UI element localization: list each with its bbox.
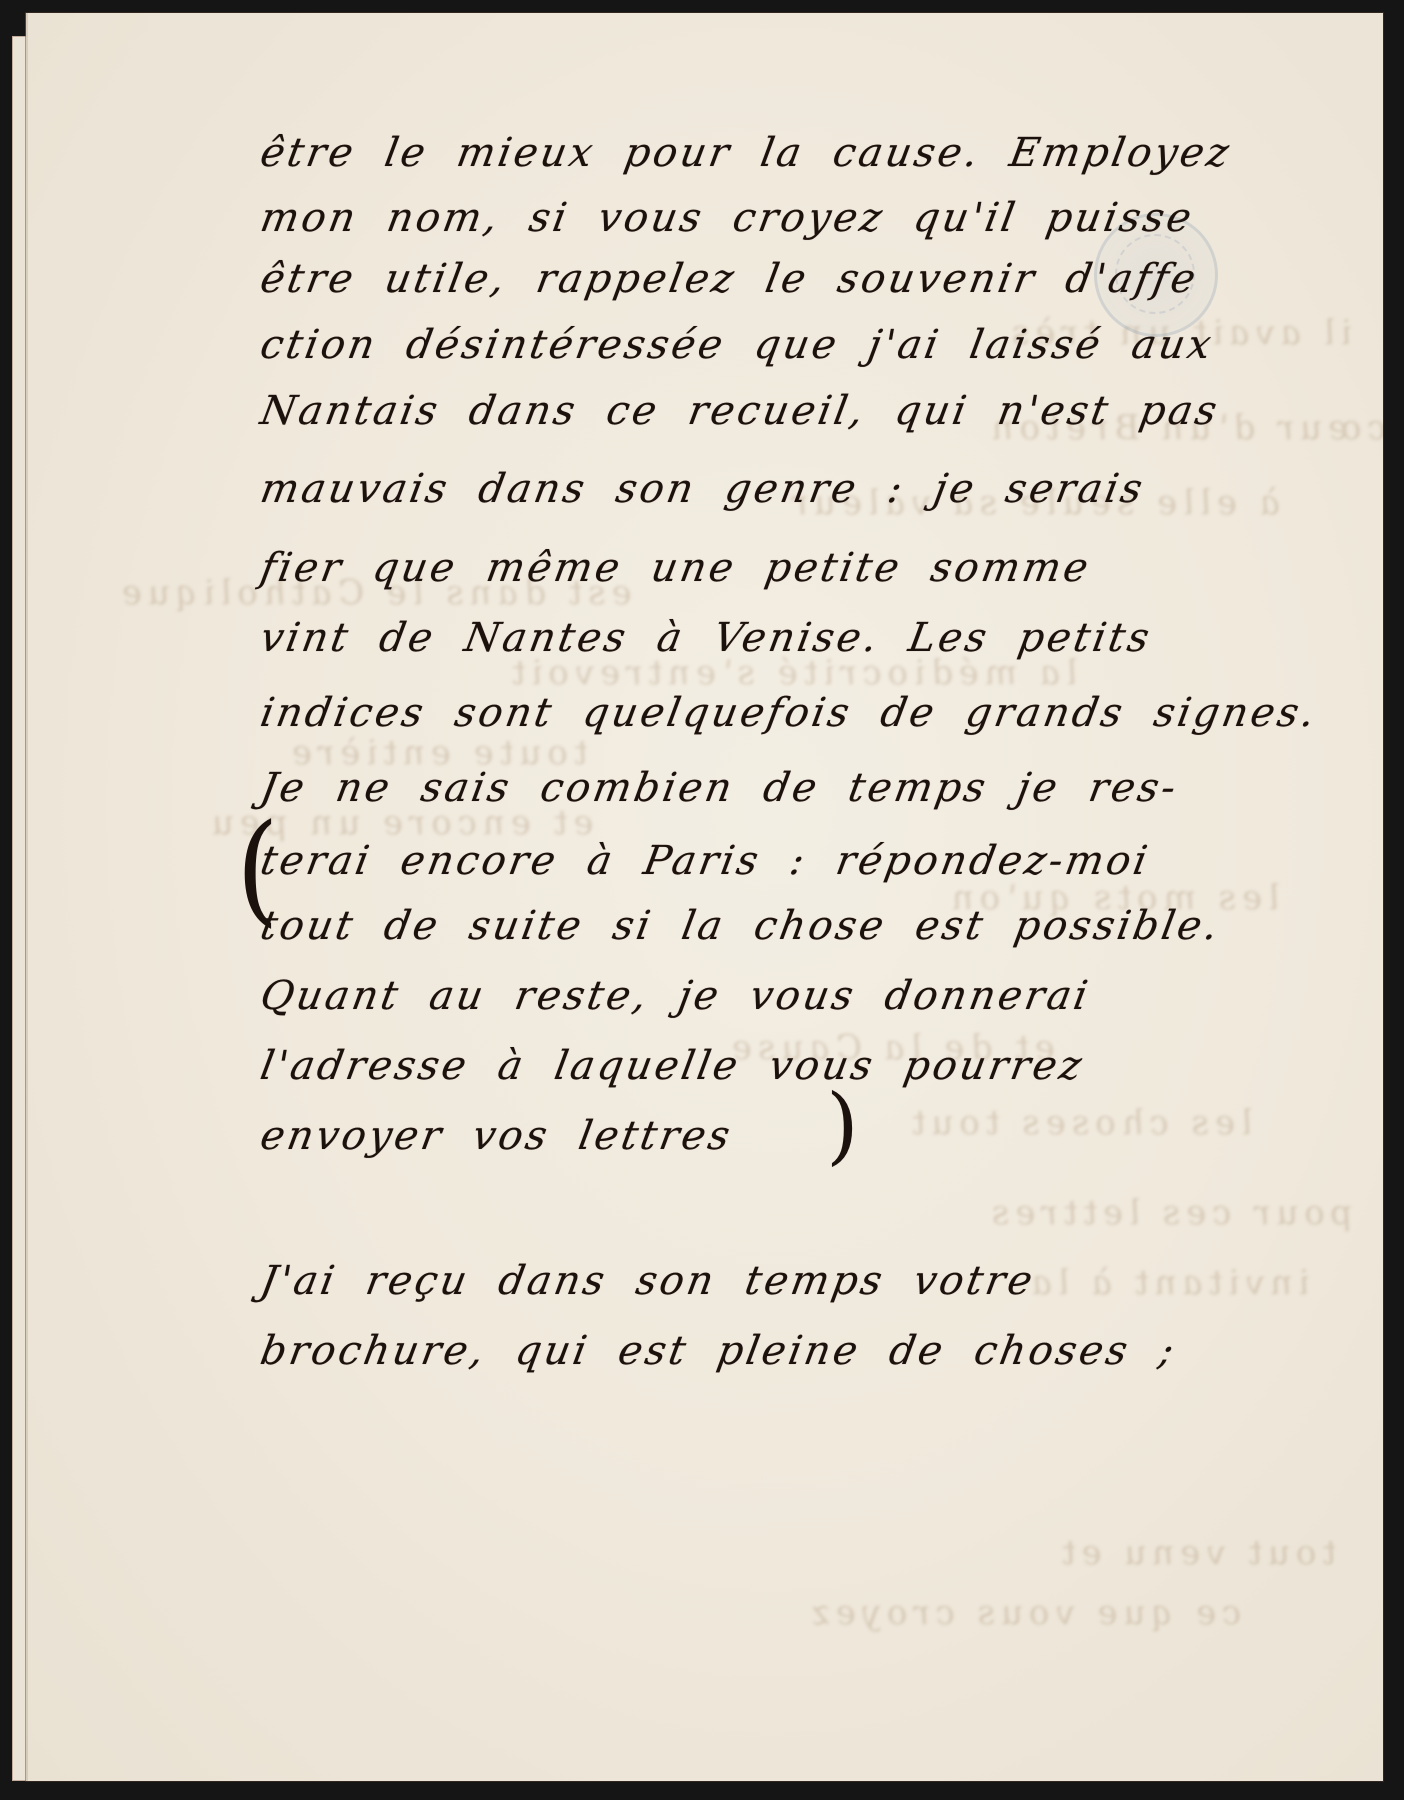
letter-line-15: envoyer vos lettres bbox=[257, 1116, 1374, 1156]
parenthesis-open: ( bbox=[236, 808, 279, 929]
letter-line-12: tout de suite si la chose est possible. bbox=[257, 906, 1374, 946]
letter-paper: il avait un très un cœur d'un Breton à e… bbox=[26, 13, 1383, 1781]
letter-line-10: Je ne sais combien de temps je res- bbox=[257, 768, 1374, 808]
letter-line-11: terai encore à Paris : répondez-moi bbox=[257, 841, 1374, 881]
letter-line-4: ction désintéressée que j'ai laissé aux bbox=[257, 325, 1374, 365]
letter-line-17: brochure, qui est pleine de choses ; bbox=[257, 1331, 1374, 1371]
parenthesis-close: ) bbox=[826, 1083, 859, 1167]
letter-body: être le mieux pour la cause. Employez mo… bbox=[26, 13, 1383, 1781]
letter-line-7: fier que même une petite somme bbox=[257, 548, 1374, 588]
letter-line-8: vint de Nantes à Venise. Les petits bbox=[257, 618, 1374, 658]
letter-line-3: être utile, rappelez le souvenir d'affe bbox=[257, 259, 1374, 299]
letter-line-6: mauvais dans son genre : je serais bbox=[257, 469, 1374, 509]
letter-line-1: être le mieux pour la cause. Employez bbox=[257, 133, 1374, 173]
letter-line-2: mon nom, si vous croyez qu'il puisse bbox=[257, 198, 1374, 238]
letter-line-14: l'adresse à laquelle vous pourrez bbox=[257, 1046, 1374, 1086]
letter-line-16: J'ai reçu dans son temps votre bbox=[257, 1261, 1374, 1301]
letter-line-13: Quant au reste, je vous donnerai bbox=[257, 976, 1374, 1016]
letter-line-5: Nantais dans ce recueil, qui n'est pas bbox=[257, 391, 1374, 431]
letter-line-9: indices sont quelquefois de grands signe… bbox=[257, 693, 1374, 733]
scanned-page: il avait un très un cœur d'un Breton à e… bbox=[0, 0, 1404, 1800]
